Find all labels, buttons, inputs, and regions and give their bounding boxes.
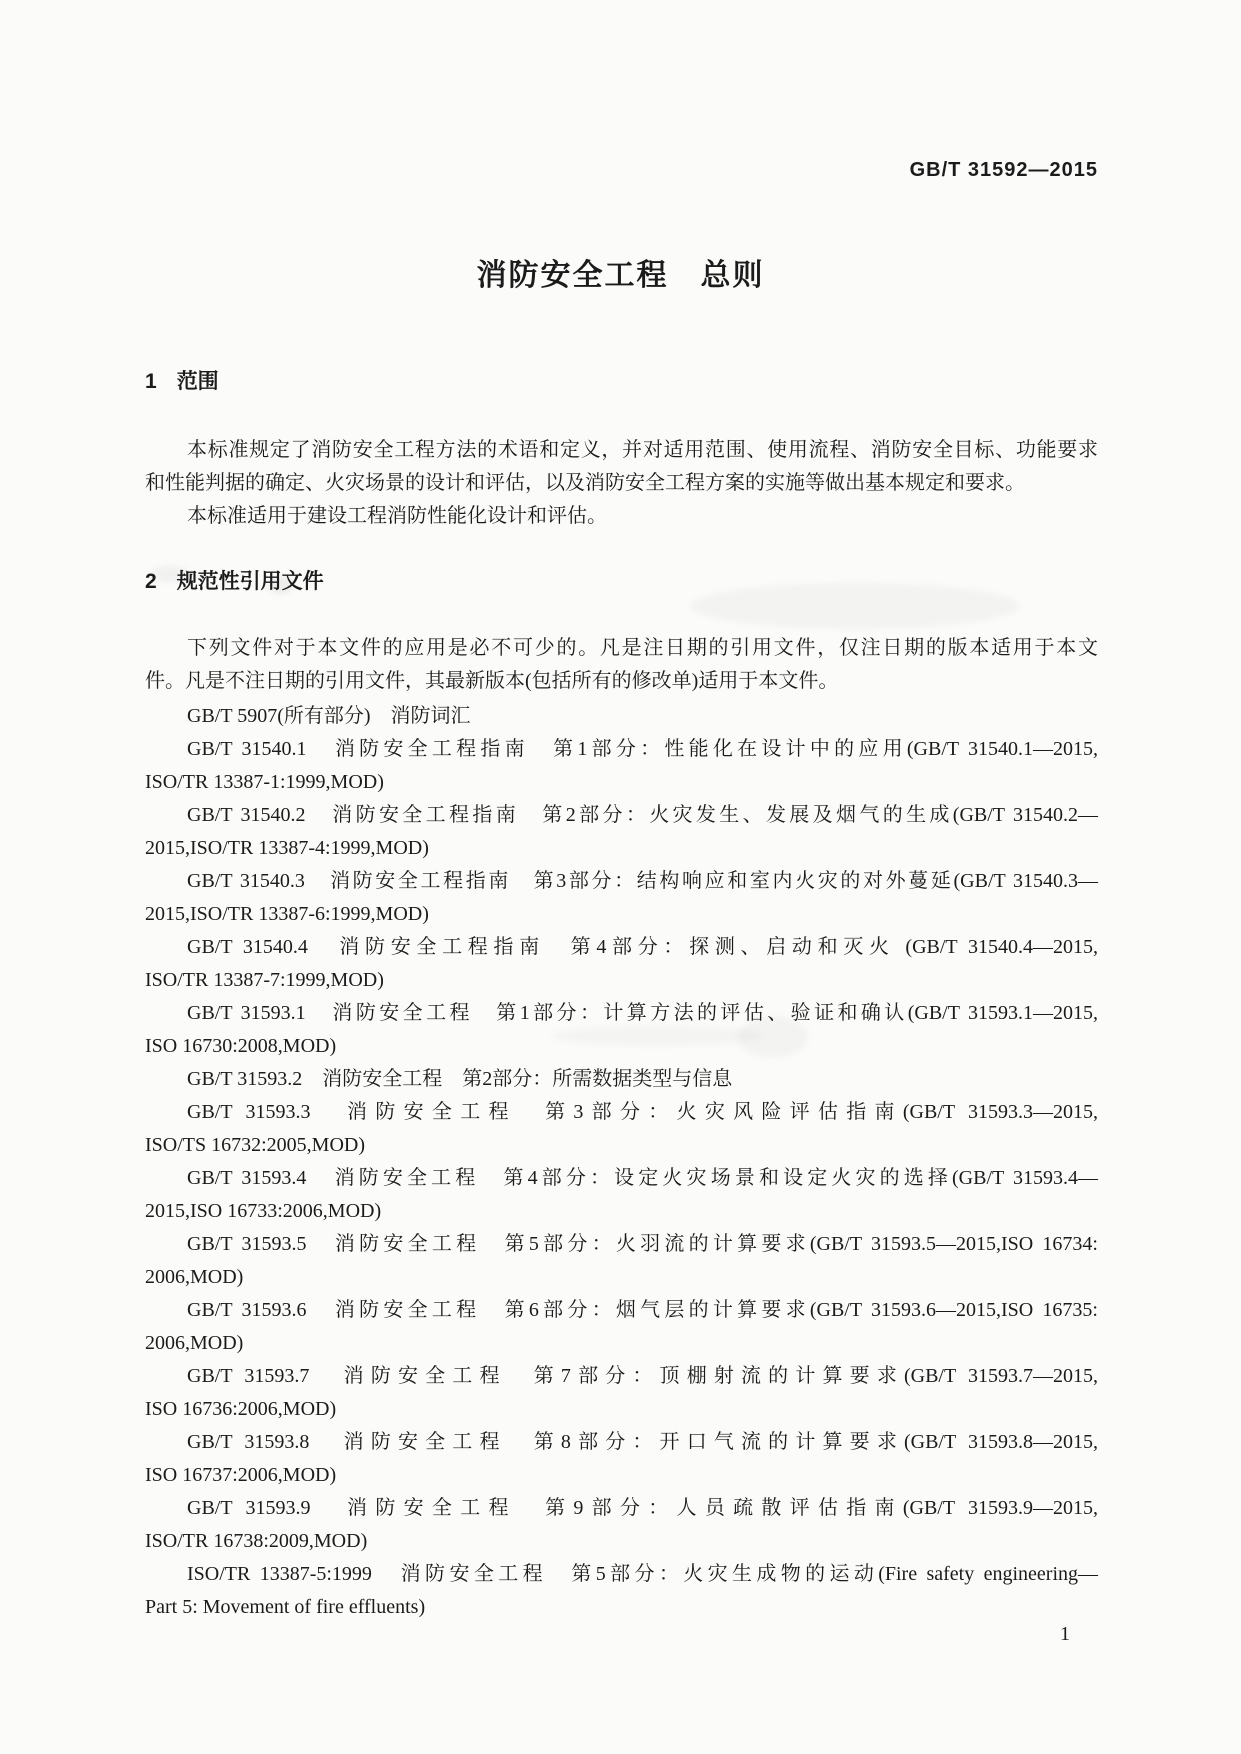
text-line: 2015,ISO/TR 13387-4:1999,MOD) [145,832,1098,865]
page-number: 1 [1052,1621,1078,1647]
section-label: 规范性引用文件 [177,570,324,593]
text-line: 和性能判据的确定、火灾场景的设计和评估，以及消防安全工程方案的实施等做出基本规定… [145,467,1098,500]
text-line: GB/T 31593.2 消防安全工程 第2部分：所需数据类型与信息 [145,1063,1098,1096]
doc-title: 消防安全工程 总则 [0,254,1241,298]
text-line: ISO 16736:2006,MOD) [145,1393,1098,1426]
section-heading-normative-references: 2规范性引用文件 [145,567,324,597]
text-line: GB/T 31593.3 消防安全工程 第3部分：火灾风险评估指南(GB/T 3… [145,1096,1098,1129]
text-line: ISO/TR 16738:2009,MOD) [145,1525,1098,1558]
text-line: 件。凡是不注日期的引用文件，其最新版本(包括所有的修改单)适用于本文件。 [145,665,1098,698]
text-line: 下列文件对于本文件的应用是必不可少的。凡是注日期的引用文件，仅注日期的版本适用于… [145,632,1098,665]
text-line: GB/T 5907(所有部分) 消防词汇 [145,700,1098,733]
text-line: GB/T 31593.5 消防安全工程 第5部分：火羽流的计算要求(GB/T 3… [145,1228,1098,1261]
text-line: ISO 16737:2006,MOD) [145,1459,1098,1492]
text-line: GB/T 31593.6 消防安全工程 第6部分：烟气层的计算要求(GB/T 3… [145,1294,1098,1327]
text-line: GB/T 31593.9 消防安全工程 第9部分：人员疏散评估指南(GB/T 3… [145,1492,1098,1525]
normative-references-intro: 下列文件对于本文件的应用是必不可少的。凡是注日期的引用文件，仅注日期的版本适用于… [145,632,1098,698]
text-line: ISO/TR 13387-5:1999 消防安全工程 第5部分：火灾生成物的运动… [145,1558,1098,1591]
text-line: 2006,MOD) [145,1261,1098,1294]
section-label: 范围 [177,370,219,393]
section-number: 2 [145,567,157,597]
text-line: GB/T 31593.8 消防安全工程 第8部分：开口气流的计算要求(GB/T … [145,1426,1098,1459]
text-line: 2006,MOD) [145,1327,1098,1360]
section-heading-scope: 1范围 [145,367,219,397]
text-line: GB/T 31540.3 消防安全工程指南 第3部分：结构响应和室内火灾的对外蔓… [145,865,1098,898]
text-line: Part 5: Movement of fire effluents) [145,1591,1098,1624]
text-line: ISO/TR 13387-1:1999,MOD) [145,766,1098,799]
text-line: ISO/TR 13387-7:1999,MOD) [145,964,1098,997]
text-line: ISO/TS 16732:2005,MOD) [145,1129,1098,1162]
text-line: 2015,ISO 16733:2006,MOD) [145,1195,1098,1228]
text-line: GB/T 31593.7 消防安全工程 第7部分：顶棚射流的计算要求(GB/T … [145,1360,1098,1393]
scan-smudge [690,583,1020,629]
text-line: 本标准适用于建设工程消防性能化设计和评估。 [145,500,1098,533]
document-page: GB/T 31592—2015 消防安全工程 总则 1范围 本标准规定了消防安全… [0,0,1241,1754]
text-line: ISO 16730:2008,MOD) [145,1030,1098,1063]
text-line: GB/T 31540.1 消防安全工程指南 第1部分：性能化在设计中的应用(GB… [145,733,1098,766]
text-line: GB/T 31593.4 消防安全工程 第4部分：设定火灾场景和设定火灾的选择(… [145,1162,1098,1195]
doc-code: GB/T 31592—2015 [910,157,1098,183]
text-line: 本标准规定了消防安全工程方法的术语和定义，并对适用范围、使用流程、消防安全目标、… [145,434,1098,467]
text-line: GB/T 31540.4 消防安全工程指南 第4部分：探测、启动和灭火 (GB/… [145,931,1098,964]
normative-references-list: GB/T 5907(所有部分) 消防词汇GB/T 31540.1 消防安全工程指… [145,700,1098,1624]
text-line: 2015,ISO/TR 13387-6:1999,MOD) [145,898,1098,931]
section-number: 1 [145,367,157,397]
text-line: GB/T 31593.1 消防安全工程 第1部分：计算方法的评估、验证和确认(G… [145,997,1098,1030]
text-line: GB/T 31540.2 消防安全工程指南 第2部分：火灾发生、发展及烟气的生成… [145,799,1098,832]
scope-text: 本标准规定了消防安全工程方法的术语和定义，并对适用范围、使用流程、消防安全目标、… [145,434,1098,533]
